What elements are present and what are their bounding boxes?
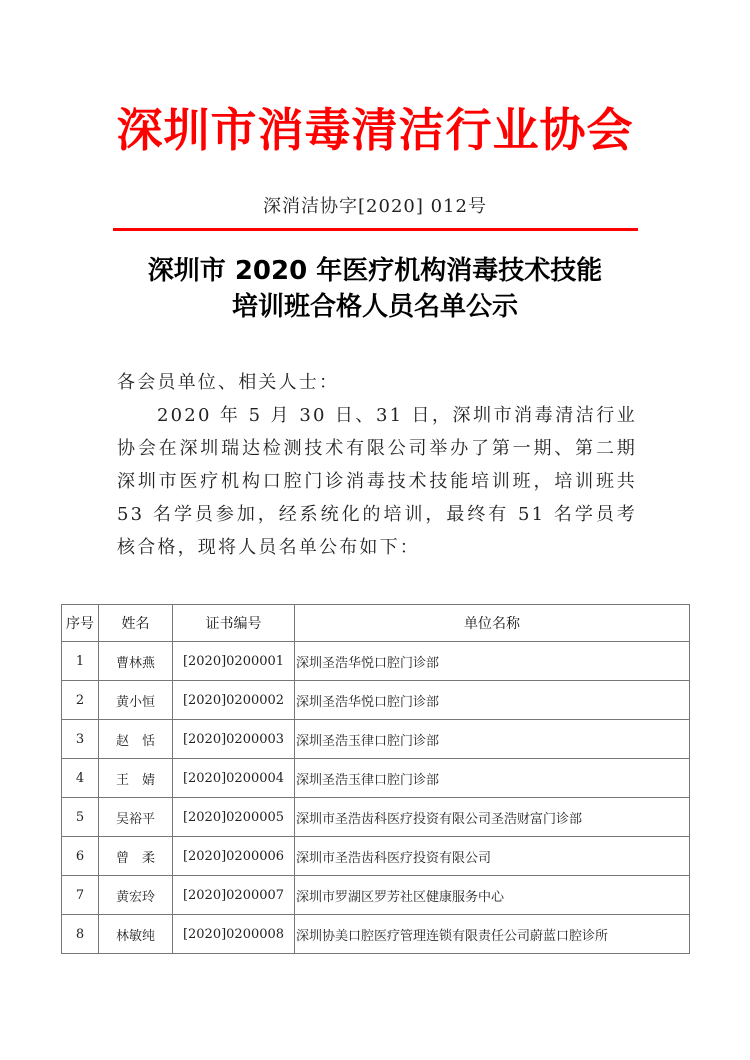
cell-name: 吴裕平 bbox=[99, 798, 173, 837]
table-header-row: 序号 姓名 证书编号 单位名称 bbox=[62, 605, 690, 642]
cell-unit: 深圳协美口腔医疗管理连锁有限责任公司蔚蓝口腔诊所 bbox=[295, 915, 690, 954]
cell-name: 曹林燕 bbox=[99, 642, 173, 681]
cell-name: 林敏纯 bbox=[99, 915, 173, 954]
cell-name: 曾 柔 bbox=[99, 837, 173, 876]
red-divider bbox=[113, 228, 638, 231]
notice-title: 深圳市 2020 年医疗机构消毒技术技能 培训班合格人员名单公示 bbox=[0, 253, 750, 325]
cell-no: 6 bbox=[62, 837, 99, 876]
cell-name: 黄小恒 bbox=[99, 681, 173, 720]
cell-cert: [2020]0200008 bbox=[173, 915, 295, 954]
cell-cert: [2020]0200006 bbox=[173, 837, 295, 876]
cell-no: 8 bbox=[62, 915, 99, 954]
table-row: 8 林敏纯 [2020]0200008 深圳协美口腔医疗管理连锁有限责任公司蔚蓝… bbox=[62, 915, 690, 954]
table-row: 6 曾 柔 [2020]0200006 深圳市圣浩齿科医疗投资有限公司 bbox=[62, 837, 690, 876]
header-no: 序号 bbox=[62, 605, 99, 642]
table-row: 4 王 婧 [2020]0200004 深圳圣浩玉律口腔门诊部 bbox=[62, 759, 690, 798]
table-row: 7 黄宏玲 [2020]0200007 深圳市罗湖区罗芳社区健康服务中心 bbox=[62, 876, 690, 915]
cell-cert: [2020]0200007 bbox=[173, 876, 295, 915]
notice-paragraph: 2020 年 5 月 30 日、31 日，深圳市消毒清洁行业协会在深圳瑞达检测技… bbox=[117, 399, 637, 564]
header-unit: 单位名称 bbox=[295, 605, 690, 642]
cell-name: 赵 恬 bbox=[99, 720, 173, 759]
cell-no: 2 bbox=[62, 681, 99, 720]
document-page: 深圳市消毒清洁行业协会 深消洁协字[2020] 012号 深圳市 2020 年医… bbox=[0, 0, 750, 1060]
cell-no: 3 bbox=[62, 720, 99, 759]
cell-unit: 深圳圣浩华悦口腔门诊部 bbox=[295, 681, 690, 720]
table-row: 2 黄小恒 [2020]0200002 深圳圣浩华悦口腔门诊部 bbox=[62, 681, 690, 720]
cell-unit: 深圳市圣浩齿科医疗投资有限公司圣浩财富门诊部 bbox=[295, 798, 690, 837]
cell-unit: 深圳圣浩华悦口腔门诊部 bbox=[295, 642, 690, 681]
cell-cert: [2020]0200005 bbox=[173, 798, 295, 837]
table-row: 5 吴裕平 [2020]0200005 深圳市圣浩齿科医疗投资有限公司圣浩财富门… bbox=[62, 798, 690, 837]
cell-cert: [2020]0200001 bbox=[173, 642, 295, 681]
document-number: 深消洁协字[2020] 012号 bbox=[0, 194, 750, 220]
cell-unit: 深圳圣浩玉律口腔门诊部 bbox=[295, 759, 690, 798]
cell-unit: 深圳圣浩玉律口腔门诊部 bbox=[295, 720, 690, 759]
cell-name: 黄宏玲 bbox=[99, 876, 173, 915]
cell-no: 5 bbox=[62, 798, 99, 837]
notice-title-line-2: 培训班合格人员名单公示 bbox=[0, 289, 750, 325]
cell-unit: 深圳市圣浩齿科医疗投资有限公司 bbox=[295, 837, 690, 876]
cell-cert: [2020]0200004 bbox=[173, 759, 295, 798]
cell-no: 1 bbox=[62, 642, 99, 681]
salutation: 各会员单位、相关人士： bbox=[117, 366, 637, 399]
cell-cert: [2020]0200002 bbox=[173, 681, 295, 720]
qualified-personnel-table: 序号 姓名 证书编号 单位名称 1 曹林燕 [2020]0200001 深圳圣浩… bbox=[61, 604, 690, 954]
cell-no: 7 bbox=[62, 876, 99, 915]
cell-name: 王 婧 bbox=[99, 759, 173, 798]
notice-title-line-1: 深圳市 2020 年医疗机构消毒技术技能 bbox=[0, 253, 750, 289]
table-row: 3 赵 恬 [2020]0200003 深圳圣浩玉律口腔门诊部 bbox=[62, 720, 690, 759]
cell-cert: [2020]0200003 bbox=[173, 720, 295, 759]
cell-no: 4 bbox=[62, 759, 99, 798]
organization-title: 深圳市消毒清洁行业协会 bbox=[0, 100, 750, 160]
notice-body: 各会员单位、相关人士： 2020 年 5 月 30 日、31 日，深圳市消毒清洁… bbox=[117, 366, 637, 564]
header-cert: 证书编号 bbox=[173, 605, 295, 642]
header-name: 姓名 bbox=[99, 605, 173, 642]
cell-unit: 深圳市罗湖区罗芳社区健康服务中心 bbox=[295, 876, 690, 915]
table-row: 1 曹林燕 [2020]0200001 深圳圣浩华悦口腔门诊部 bbox=[62, 642, 690, 681]
